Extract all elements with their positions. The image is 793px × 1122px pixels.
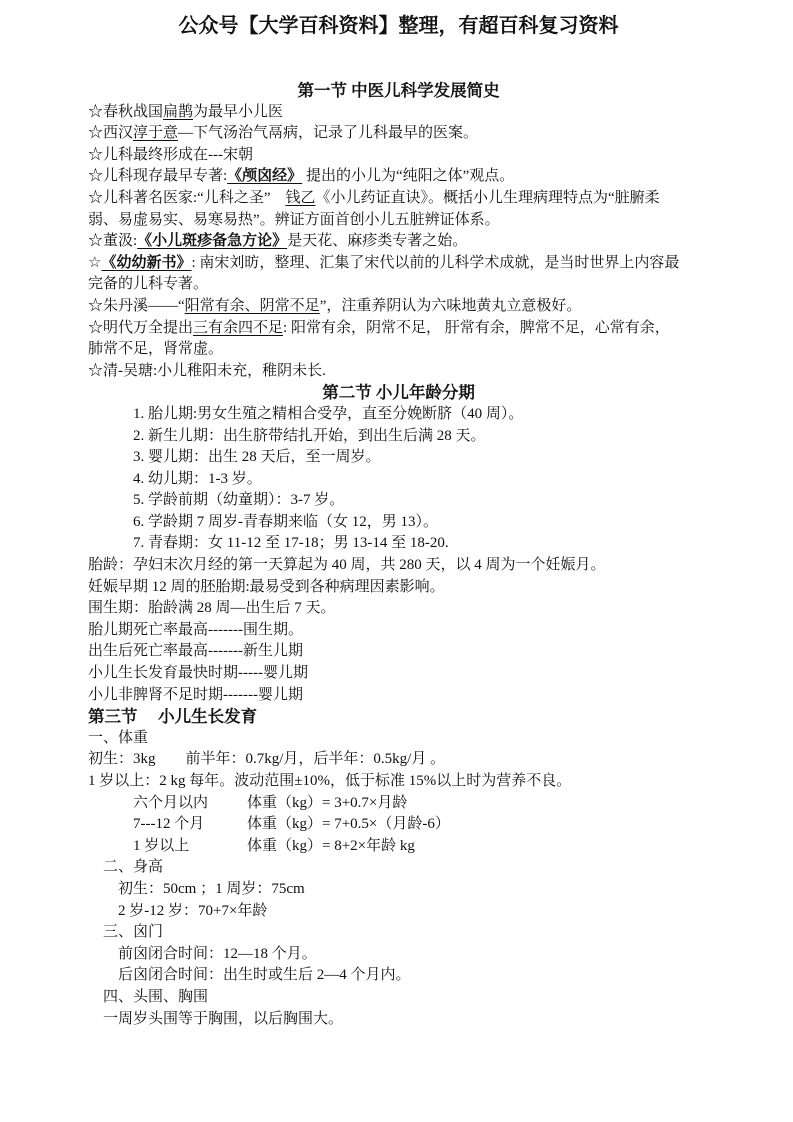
section-heading: 第三节 小儿生长发育: [88, 706, 709, 728]
text-run: ☆: [88, 255, 101, 271]
text-run: ☆儿科著名医家:“儿科之圣”: [88, 190, 285, 206]
paragraph: 6. 学龄期 7 周岁-青春期来临（女 12，男 13）。: [88, 512, 709, 534]
paragraph: 一、体重: [88, 728, 709, 750]
text-run: 三、囟门: [103, 924, 163, 940]
paragraph: 4. 幼儿期：1-3 岁。: [88, 469, 709, 491]
paragraph: 四、头围、胸围: [88, 987, 709, 1009]
section-heading: 第二节 小儿年龄分期: [88, 382, 709, 404]
text-run: 7---12 个月: [133, 814, 247, 836]
text-run: : 阳常有余，阴常不足， 肝常有余，脾常不足，心常有余，: [283, 320, 670, 336]
paragraph: 胎儿期死亡率最高-------围生期。: [88, 620, 709, 642]
paragraph: 2. 新生儿期：出生脐带结扎开始，到出生后满 28 天。: [88, 426, 709, 448]
paragraph: 前囟闭合时间：12—18 个月。: [88, 944, 709, 966]
paragraph: 初生：3kg 前半年：0.7kg/月，后半年：0.5kg/月 。: [88, 749, 709, 771]
underlined-term: 《颅囟经》: [227, 168, 302, 184]
text-run: 出生后死亡率最高-------新生儿期: [88, 643, 303, 659]
text-run: 体重（kg）= 8+2×年龄 kg: [247, 838, 415, 854]
underlined-term: 三有余四不足: [193, 320, 283, 336]
paragraph: 5. 学龄前期（幼童期）：3-7 岁。: [88, 490, 709, 512]
paragraph: 后囟闭合时间：出生时或生后 2—4 个月内。: [88, 965, 709, 987]
text-run: 7. 青春期：女 11-12 至 17-18；男 13-14 至 18-20.: [133, 535, 449, 551]
text-run: 一周岁头围等于胸围，以后胸围大。: [103, 1011, 343, 1027]
text-run: 小儿生长发育最快时期-----婴儿期: [88, 665, 308, 681]
paragraph: ☆儿科现存最早专著:《颅囟经》 提出的小儿为“纯阳之体”观点。: [88, 166, 709, 188]
paragraph: 小儿生长发育最快时期-----婴儿期: [88, 663, 709, 685]
text-run: ☆朱丹溪——“: [88, 298, 185, 314]
underlined-term: 《幼幼新书》: [101, 255, 191, 271]
paragraph: ☆董汲:《小儿斑疹备急方论》是天花、麻疹类专著之始。: [88, 231, 709, 253]
section-heading: 第一节 中医儿科学发展简史: [88, 80, 709, 102]
paragraph: 弱、易虚易实、易寒易热”。辨证方面首创小儿五脏辨证体系。: [88, 210, 709, 232]
text-run: : 南宋刘昉，整理、汇集了宋代以前的儿科学术成就，是当时世界上内容最: [191, 255, 679, 271]
paragraph: 肺常不足，肾常虚。: [88, 339, 709, 361]
paragraph: 7---12 个月体重（kg）= 7+0.5×（月龄-6）: [88, 814, 709, 836]
text-run: ☆儿科现存最早专著:: [88, 168, 227, 184]
text-run: 是天花、麻疹类专著之始。: [287, 233, 467, 249]
paragraph: 1. 胎儿期:男女生殖之精相合受孕，直至分娩断脐（40 周）。: [88, 404, 709, 426]
document-page: 公众号【大学百科资料】整理，有超百科复习资料 第一节 中医儿科学发展简史☆春秋战…: [0, 0, 793, 1122]
text-run: 四、头围、胸围: [103, 989, 208, 1005]
page-header: 公众号【大学百科资料】整理，有超百科复习资料: [88, 12, 709, 40]
text-run: 体重（kg）= 7+0.5×（月龄-6）: [247, 816, 450, 832]
text-run: 2 岁-12 岁：70+7×年龄: [118, 903, 267, 919]
paragraph: 初生：50cm ；1 周岁：75cm: [88, 879, 709, 901]
paragraph: ☆儿科著名医家:“儿科之圣” 钱乙《小儿药证直诀》。概括小儿生理病理特点为“脏腑…: [88, 188, 709, 210]
paragraph: 1 岁以上：2 kg 每年。波动范围±10%，低于标准 15%以上时为营养不良。: [88, 771, 709, 793]
paragraph: 7. 青春期：女 11-12 至 17-18；男 13-14 至 18-20.: [88, 533, 709, 555]
text-run: 六个月以内: [133, 793, 247, 815]
text-run: 1. 胎儿期:男女生殖之精相合受孕，直至分娩断脐（40 周）。: [133, 406, 523, 422]
text-run: 2. 新生儿期：出生脐带结扎开始，到出生后满 28 天。: [133, 428, 486, 444]
text-run: 1 岁以上：2 kg 每年。波动范围±10%，低于标准 15%以上时为营养不良。: [88, 773, 571, 789]
underlined-term: 淳于意: [133, 125, 178, 141]
paragraph: 完备的儿科专著。: [88, 274, 709, 296]
text-run: 前囟闭合时间：12—18 个月。: [118, 946, 317, 962]
paragraph: ☆清-吴瑭:小儿稚阳未充，稚阴未长.: [88, 361, 709, 383]
text-run: ☆西汉: [88, 125, 133, 141]
underlined-term: 扁鹊: [163, 104, 193, 120]
paragraph: 胎龄：孕妇末次月经的第一天算起为 40 周，共 280 天，以 4 周为一个妊娠…: [88, 555, 709, 577]
text-run: 一、体重: [88, 730, 148, 746]
paragraph: 小儿非脾肾不足时期-------婴儿期: [88, 685, 709, 707]
text-run: 第三节 小儿生长发育: [88, 707, 257, 726]
text-run: 第二节 小儿年龄分期: [322, 383, 475, 402]
paragraph: ☆朱丹溪——“阳常有余、阴常不足”，注重养阴认为六味地黄丸立意极好。: [88, 296, 709, 318]
text-run: —下气汤治气鬲病，记录了儿科最早的医案。: [178, 125, 478, 141]
text-run: 初生：50cm ；1 周岁：75cm: [118, 881, 305, 897]
paragraph: 二、身高: [88, 857, 709, 879]
paragraph: ☆春秋战国扁鹊为最早小儿医: [88, 102, 709, 124]
text-run: 妊娠早期 12 周的胚胎期:最易受到各种病理因素影响。: [88, 579, 445, 595]
text-run: 小儿非脾肾不足时期-------婴儿期: [88, 687, 303, 703]
underlined-term: 钱乙: [285, 190, 315, 206]
text-run: 二、身高: [103, 859, 163, 875]
text-run: 初生：3kg 前半年：0.7kg/月，后半年：0.5kg/月 。: [88, 751, 445, 767]
paragraph: 2 岁-12 岁：70+7×年龄: [88, 901, 709, 923]
paragraph: 围生期：胎龄满 28 周—出生后 7 天。: [88, 598, 709, 620]
underlined-term: 阳常有余、阴常不足: [185, 298, 320, 314]
text-run: 后囟闭合时间：出生时或生后 2—4 个月内。: [118, 967, 411, 983]
text-run: ☆清-吴瑭:小儿稚阳未充，稚阴未长.: [88, 363, 326, 379]
text-run: 《小儿药证直诀》。概括小儿生理病理特点为“脏腑柔: [316, 190, 660, 206]
text-run: 围生期：胎龄满 28 周—出生后 7 天。: [88, 600, 336, 616]
text-run: ☆儿科最终形成在---宋朝: [88, 147, 253, 163]
text-run: 胎儿期死亡率最高-------围生期。: [88, 622, 303, 638]
text-run: ☆董汲:: [88, 233, 137, 249]
text-run: 1 岁以上: [133, 836, 247, 858]
text-run: 6. 学龄期 7 周岁-青春期来临（女 12，男 13）。: [133, 514, 438, 530]
text-run: 胎龄：孕妇末次月经的第一天算起为 40 周，共 280 天，以 4 周为一个妊娠…: [88, 557, 606, 573]
text-run: ☆明代万全提出: [88, 320, 193, 336]
text-run: 提出的小儿为“纯阳之体”观点。: [302, 168, 514, 184]
text-run: 4. 幼儿期：1-3 岁。: [133, 471, 262, 487]
paragraph: 1 岁以上体重（kg）= 8+2×年龄 kg: [88, 836, 709, 858]
text-run: 弱、易虚易实、易寒易热”。辨证方面首创小儿五脏辨证体系。: [88, 212, 500, 228]
text-run: 第一节 中医儿科学发展简史: [297, 81, 499, 100]
paragraph: 出生后死亡率最高-------新生儿期: [88, 641, 709, 663]
paragraph: 3. 婴儿期：出生 28 天后，至一周岁。: [88, 447, 709, 469]
text-run: 3. 婴儿期：出生 28 天后，至一周岁。: [133, 449, 381, 465]
paragraph: ☆儿科最终形成在---宋朝: [88, 145, 709, 167]
paragraph: ☆西汉淳于意—下气汤治气鬲病，记录了儿科最早的医案。: [88, 123, 709, 145]
text-run: ☆春秋战国: [88, 104, 163, 120]
paragraph: 一周岁头围等于胸围，以后胸围大。: [88, 1009, 709, 1031]
document-content: 第一节 中医儿科学发展简史☆春秋战国扁鹊为最早小儿医☆西汉淳于意—下气汤治气鬲病…: [88, 80, 709, 1030]
paragraph: ☆明代万全提出三有余四不足: 阳常有余，阴常不足， 肝常有余，脾常不足，心常有余…: [88, 318, 709, 340]
paragraph: ☆《幼幼新书》: 南宋刘昉，整理、汇集了宋代以前的儿科学术成就，是当时世界上内容…: [88, 253, 709, 275]
paragraph: 三、囟门: [88, 922, 709, 944]
text-run: 5. 学龄前期（幼童期）：3-7 岁。: [133, 492, 344, 508]
text-run: 肺常不足，肾常虚。: [88, 341, 223, 357]
text-run: 完备的儿科专著。: [88, 276, 208, 292]
paragraph: 六个月以内体重（kg）= 3+0.7×月龄: [88, 793, 709, 815]
paragraph: 妊娠早期 12 周的胚胎期:最易受到各种病理因素影响。: [88, 577, 709, 599]
text-run: ”，注重养阴认为六味地黄丸立意极好。: [320, 298, 582, 314]
text-run: 体重（kg）= 3+0.7×月龄: [247, 795, 407, 811]
text-run: 为最早小儿医: [193, 104, 283, 120]
underlined-term: 《小儿斑疹备急方论》: [137, 233, 287, 249]
